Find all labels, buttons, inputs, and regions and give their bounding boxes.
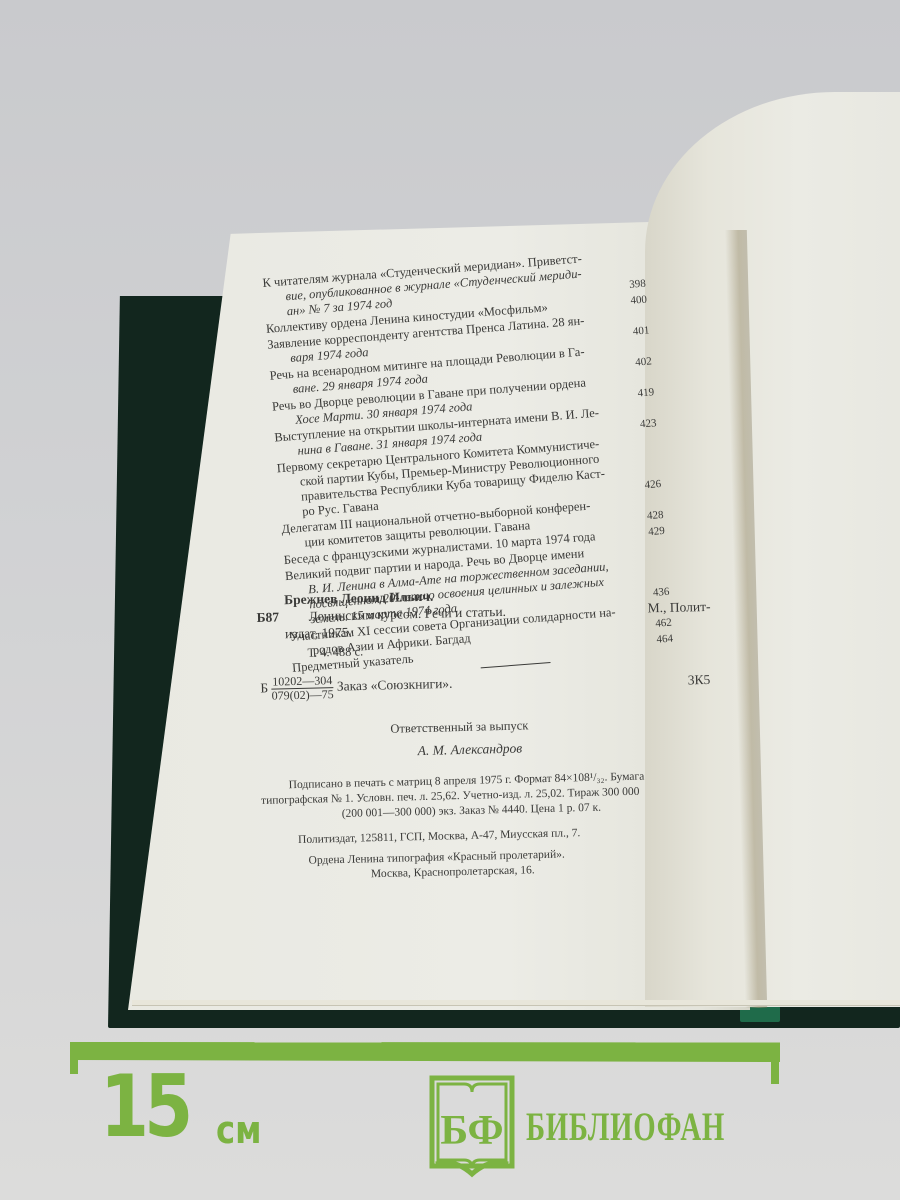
responsible-name: А. М. Александров bbox=[260, 735, 720, 763]
size-value: 15 bbox=[100, 1064, 188, 1150]
toc-page-number: 402 bbox=[635, 354, 653, 370]
imprint: Брежнев Леонид Ильич. Б87 Ленинским курс… bbox=[256, 581, 723, 885]
toc-page-number: 398 bbox=[629, 277, 647, 293]
publisher-short: М., Полит- bbox=[647, 598, 710, 617]
brand: БФ БИБЛИОФАН bbox=[428, 1074, 802, 1178]
toc-page-number: 429 bbox=[648, 524, 666, 540]
printed-content: К читателям журнала «Студенческий мериди… bbox=[0, 0, 900, 1200]
toc-page-number: 401 bbox=[632, 323, 650, 339]
catalog-code: Б87 bbox=[256, 608, 279, 626]
logo-letters: БФ bbox=[440, 1108, 503, 1154]
book-logo-icon: БФ bbox=[428, 1074, 516, 1178]
size-ruler-tick bbox=[70, 1050, 78, 1074]
brand-name: БИБЛИОФАН bbox=[526, 1103, 725, 1150]
toc-page-number: 419 bbox=[637, 385, 655, 401]
size-label: 15 см bbox=[100, 1064, 208, 1150]
index-prefix: Б bbox=[260, 680, 268, 695]
order-text: Заказ «Союзкниги». bbox=[337, 676, 453, 694]
toc-page-number: 400 bbox=[630, 293, 648, 309]
toc-page-number: 426 bbox=[644, 477, 662, 493]
index-denominator: 079(02)—75 bbox=[272, 688, 334, 703]
toc-page-number: 423 bbox=[639, 416, 657, 432]
classification-code: 3К5 bbox=[688, 671, 711, 689]
toc-page-number: 428 bbox=[647, 508, 665, 524]
size-unit: см bbox=[216, 1108, 262, 1152]
index-fraction: 10202—304 079(02)—75 bbox=[271, 674, 334, 703]
